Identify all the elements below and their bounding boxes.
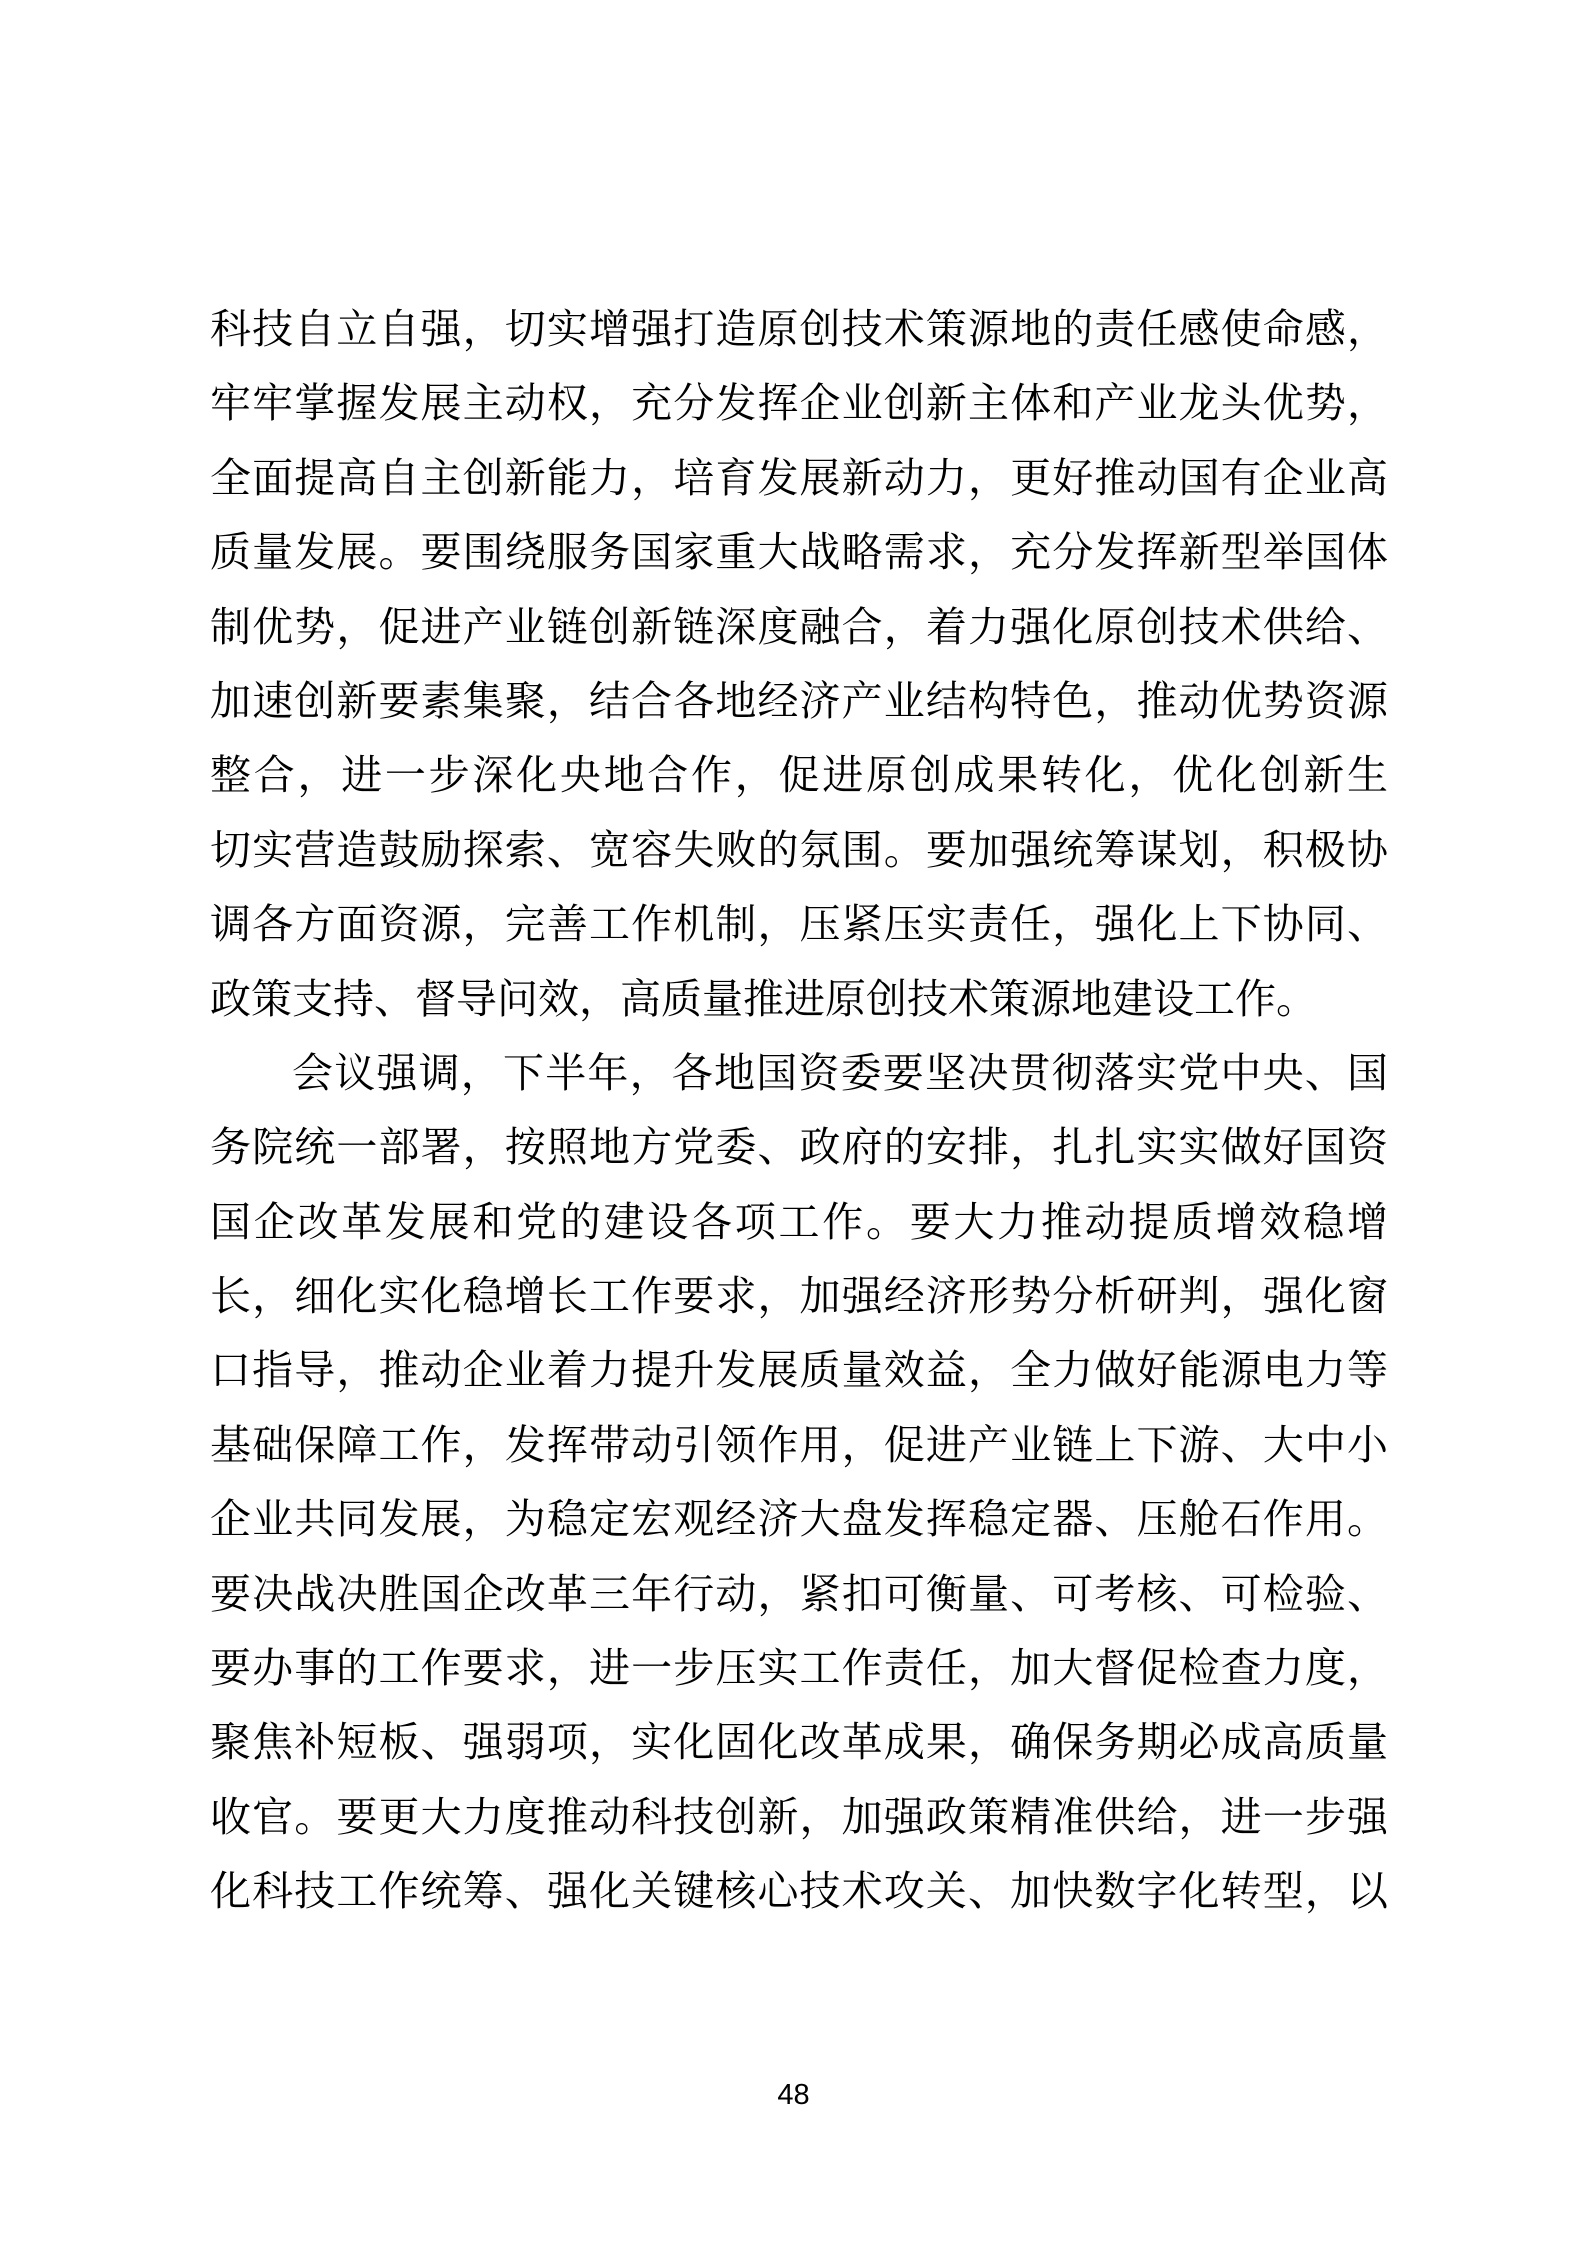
text-line: 质量发展。要围绕服务国家重大战略需求，充分发挥新型举国体 xyxy=(210,515,1388,589)
text-line: 调各方面资源，完善工作机制，压紧压实责任，强化上下协同、 xyxy=(210,887,1388,961)
text-line: 加速创新要素集聚，结合各地经济产业结构特色，推动优势资源 xyxy=(210,664,1388,738)
text-line: 口指导，推动企业着力提升发展质量效益，全力做好能源电力等 xyxy=(210,1333,1388,1407)
text-line: 要办事的工作要求，进一步压实工作责任，加大督促检查力度， xyxy=(210,1631,1388,1705)
text-line: 务院统一部署，按照地方党委、政府的安排，扎扎实实做好国资 xyxy=(210,1110,1388,1184)
text-line: 切实营造鼓励探索、宽容失败的氛围。要加强统筹谋划，积极协 xyxy=(210,813,1388,887)
text-line: 化科技工作统筹、强化关键核心技术攻关、加快数字化转型，以 xyxy=(210,1854,1388,1928)
text-line: 聚焦补短板、强弱项，实化固化改革成果，确保务期必成高质量 xyxy=(210,1705,1388,1779)
body-text: 科技自立自强，切实增强打造原创技术策源地的责任感使命感，牢牢掌握发展主动权，充分… xyxy=(210,292,1388,1929)
document-page: 科技自立自强，切实增强打造原创技术策源地的责任感使命感，牢牢掌握发展主动权，充分… xyxy=(0,0,1587,2245)
text-line: 整合，进一步深化央地合作，促进原创成果转化，优化创新生态， xyxy=(210,738,1388,812)
text-line: 科技自立自强，切实增强打造原创技术策源地的责任感使命感， xyxy=(210,292,1388,366)
text-line: 制优势，促进产业链创新链深度融合，着力强化原创技术供给、 xyxy=(210,590,1388,664)
text-line: 会议强调，下半年，各地国资委要坚决贯彻落实党中央、国 xyxy=(210,1036,1388,1110)
page-number: 48 xyxy=(0,2080,1587,2110)
text-line: 政策支持、督导问效，高质量推进原创技术策源地建设工作。 xyxy=(210,962,1388,1036)
text-line: 企业共同发展，为稳定宏观经济大盘发挥稳定器、压舱石作用。 xyxy=(210,1482,1388,1556)
text-line: 全面提高自主创新能力，培育发展新动力，更好推动国有企业高 xyxy=(210,441,1388,515)
text-line: 基础保障工作，发挥带动引领作用，促进产业链上下游、大中小 xyxy=(210,1408,1388,1482)
text-line: 长，细化实化稳增长工作要求，加强经济形势分析研判，强化窗 xyxy=(210,1259,1388,1333)
text-line: 要决战决胜国企改革三年行动，紧扣可衡量、可考核、可检验、 xyxy=(210,1557,1388,1631)
text-line: 牢牢掌握发展主动权，充分发挥企业创新主体和产业龙头优势， xyxy=(210,366,1388,440)
text-line: 收官。要更大力度推动科技创新，加强政策精准供给，进一步强 xyxy=(210,1780,1388,1854)
text-line: 国企改革发展和党的建设各项工作。要大力推动提质增效稳增 xyxy=(210,1185,1388,1259)
